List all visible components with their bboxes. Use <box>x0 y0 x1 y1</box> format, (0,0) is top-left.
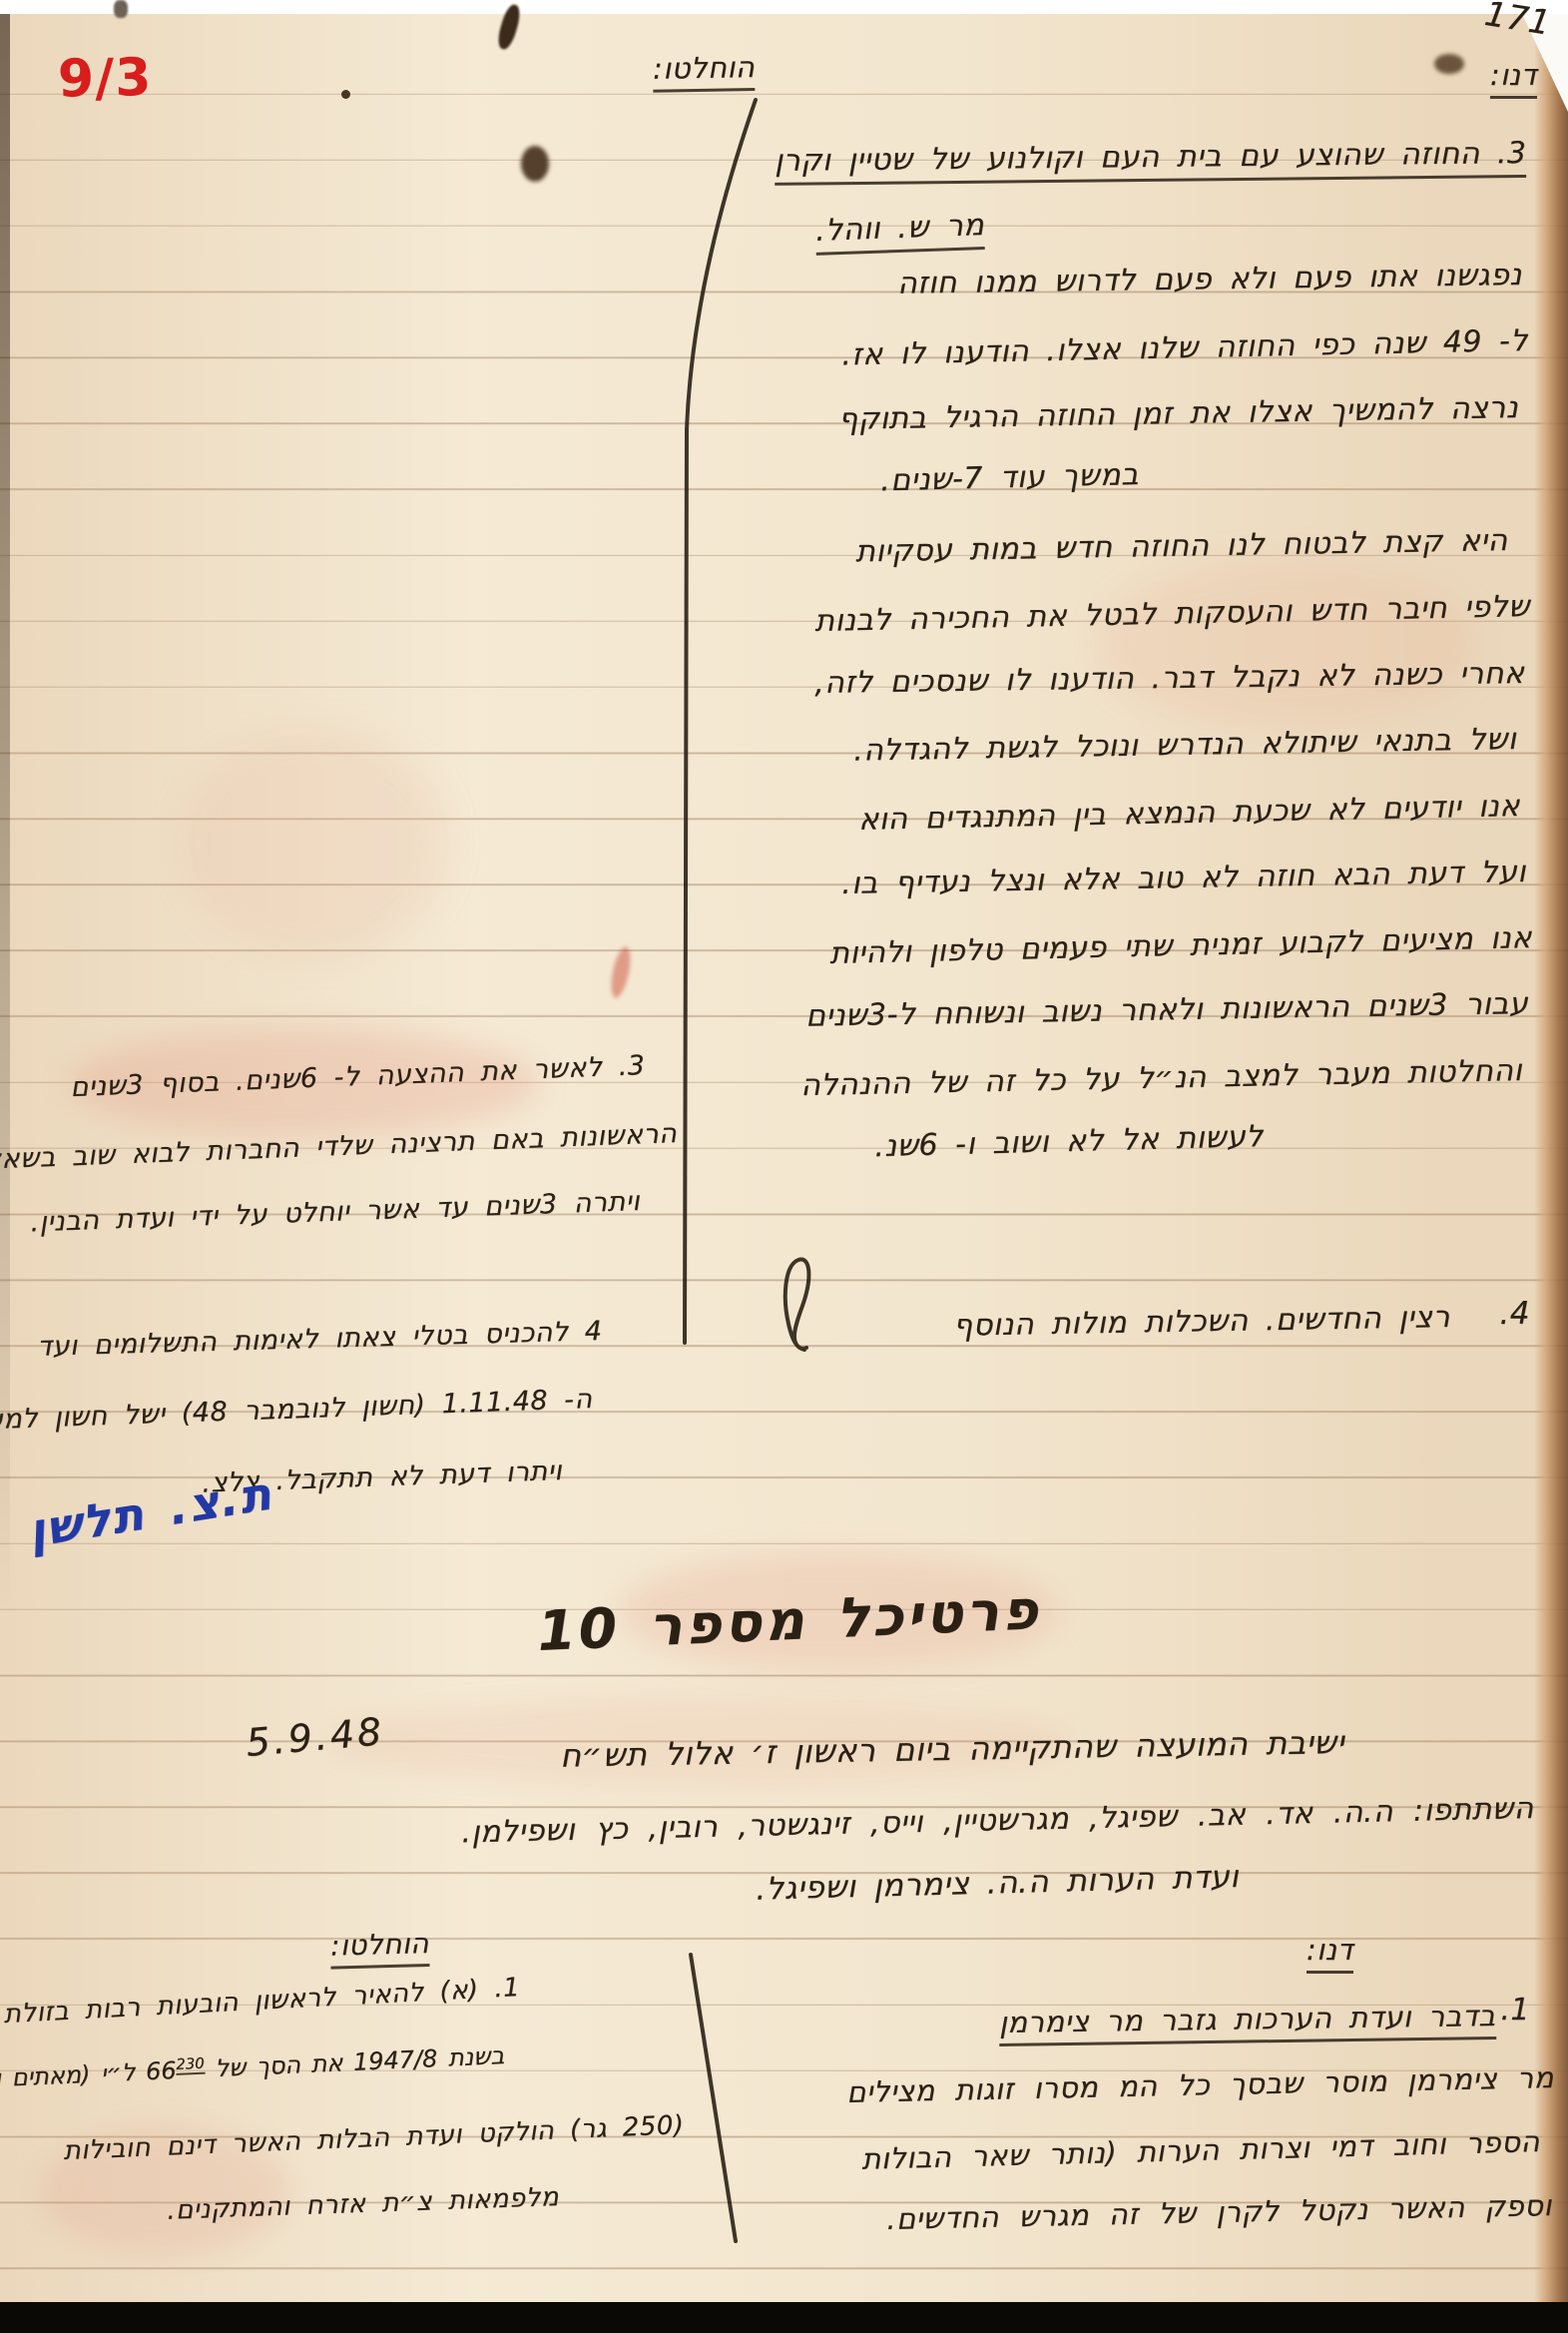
resolved-heading-top: הוחלטו: <box>652 50 755 93</box>
amount-pounds: 66 <box>145 2056 177 2085</box>
discussed-heading-top: דנו: <box>1490 58 1537 99</box>
paragraph-line: במשך עוד 7-שנים. <box>880 457 1140 498</box>
amount-value: 66230 <box>145 2055 205 2086</box>
item3-heading: 3. החוזה שהוצע עם בית העם וקולנוע של שטי… <box>774 136 1526 186</box>
item1-heading: בדבר ועדת הערכות גזבר מר צימרמן <box>999 1999 1496 2046</box>
discussed-heading-bottom: דנו: <box>1307 1933 1353 1974</box>
page-binding-edge <box>1534 14 1568 2306</box>
scan-bottom-edge <box>0 2302 1568 2333</box>
scanned-protocol-page: 9/3 171 דנו: הוחלטו: 3. החוזה שהוצע עם ב… <box>0 0 1568 2333</box>
item3-subheading: מר ש. ווהל. <box>814 208 985 256</box>
resolved-heading-bottom: הוחלטו: <box>330 1927 430 1970</box>
item4-number: 4. <box>1499 1296 1530 1332</box>
red-classification-stamp: 9/3 <box>57 48 152 110</box>
item1-number: 1. <box>1500 1993 1530 2028</box>
amount-mils-superscript: 230 <box>176 2054 205 2075</box>
